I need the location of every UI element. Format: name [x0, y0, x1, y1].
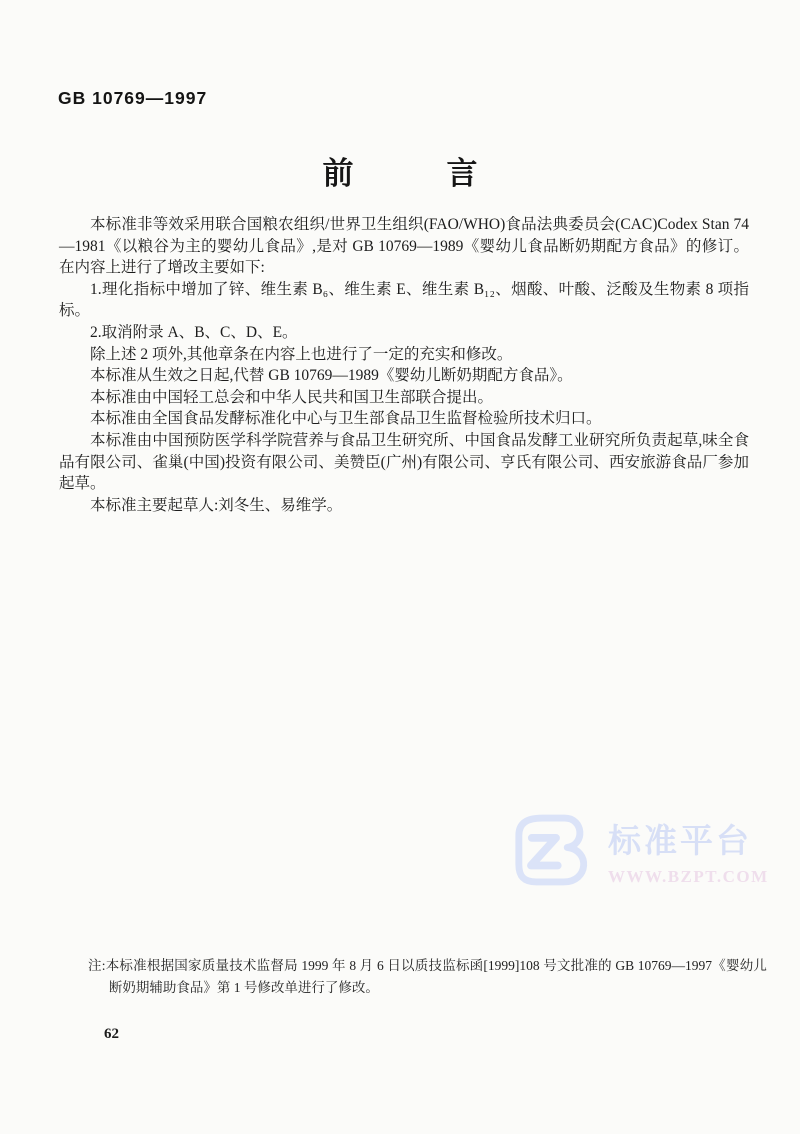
document-page: GB 10769—1997 前 言 本标准非等效采用联合国粮农组织/世界卫生组织… [0, 0, 800, 1134]
page-title: 前 言 [0, 148, 800, 193]
paragraph: 除上述 2 项外,其他章条在内容上也进行了一定的充实和修改。 [59, 344, 749, 366]
paragraph: 1.理化指标中增加了锌、维生素 B₆、维生素 E、维生素 B₁₂、烟酸、叶酸、泛… [59, 279, 749, 322]
watermark-text: 标准平台 WWW.BZPT.COM [608, 812, 769, 885]
paragraph: 本标准由中国轻工总会和中华人民共和国卫生部联合提出。 [59, 387, 749, 409]
watermark-url-text: WWW.BZPT.COM [608, 868, 769, 885]
paragraph: 2.取消附录 A、B、C、D、E。 [59, 322, 749, 344]
page-number: 62 [104, 1026, 119, 1043]
standard-number: GB 10769—1997 [58, 88, 207, 109]
footnote: 注:本标准根据国家质量技术监督局 1999 年 8 月 6 日以质技监标函[19… [88, 955, 767, 999]
paragraph: 本标准由全国食品发酵标准化中心与卫生部食品卫生监督检验所技术归口。 [59, 408, 749, 430]
watermark-brand-text: 标准平台 [608, 826, 769, 859]
paragraph: 本标准非等效采用联合国粮农组织/世界卫生组织(FAO/WHO)食品法典委员会(C… [59, 214, 749, 279]
paragraph: 本标准主要起草人:刘冬生、易维学。 [59, 495, 749, 517]
paragraph: 本标准由中国预防医学科学院营养与食品卫生研究所、中国食品发酵工业研究所负责起草,… [59, 430, 749, 495]
watermark: 标准平台 WWW.BZPT.COM [512, 812, 769, 888]
paragraph: 本标准从生效之日起,代替 GB 10769—1989《婴幼儿断奶期配方食品》。 [59, 365, 749, 387]
bzpt-logo-icon [512, 812, 600, 888]
foreword-body: 本标准非等效采用联合国粮农组织/世界卫生组织(FAO/WHO)食品法典委员会(C… [59, 214, 749, 516]
